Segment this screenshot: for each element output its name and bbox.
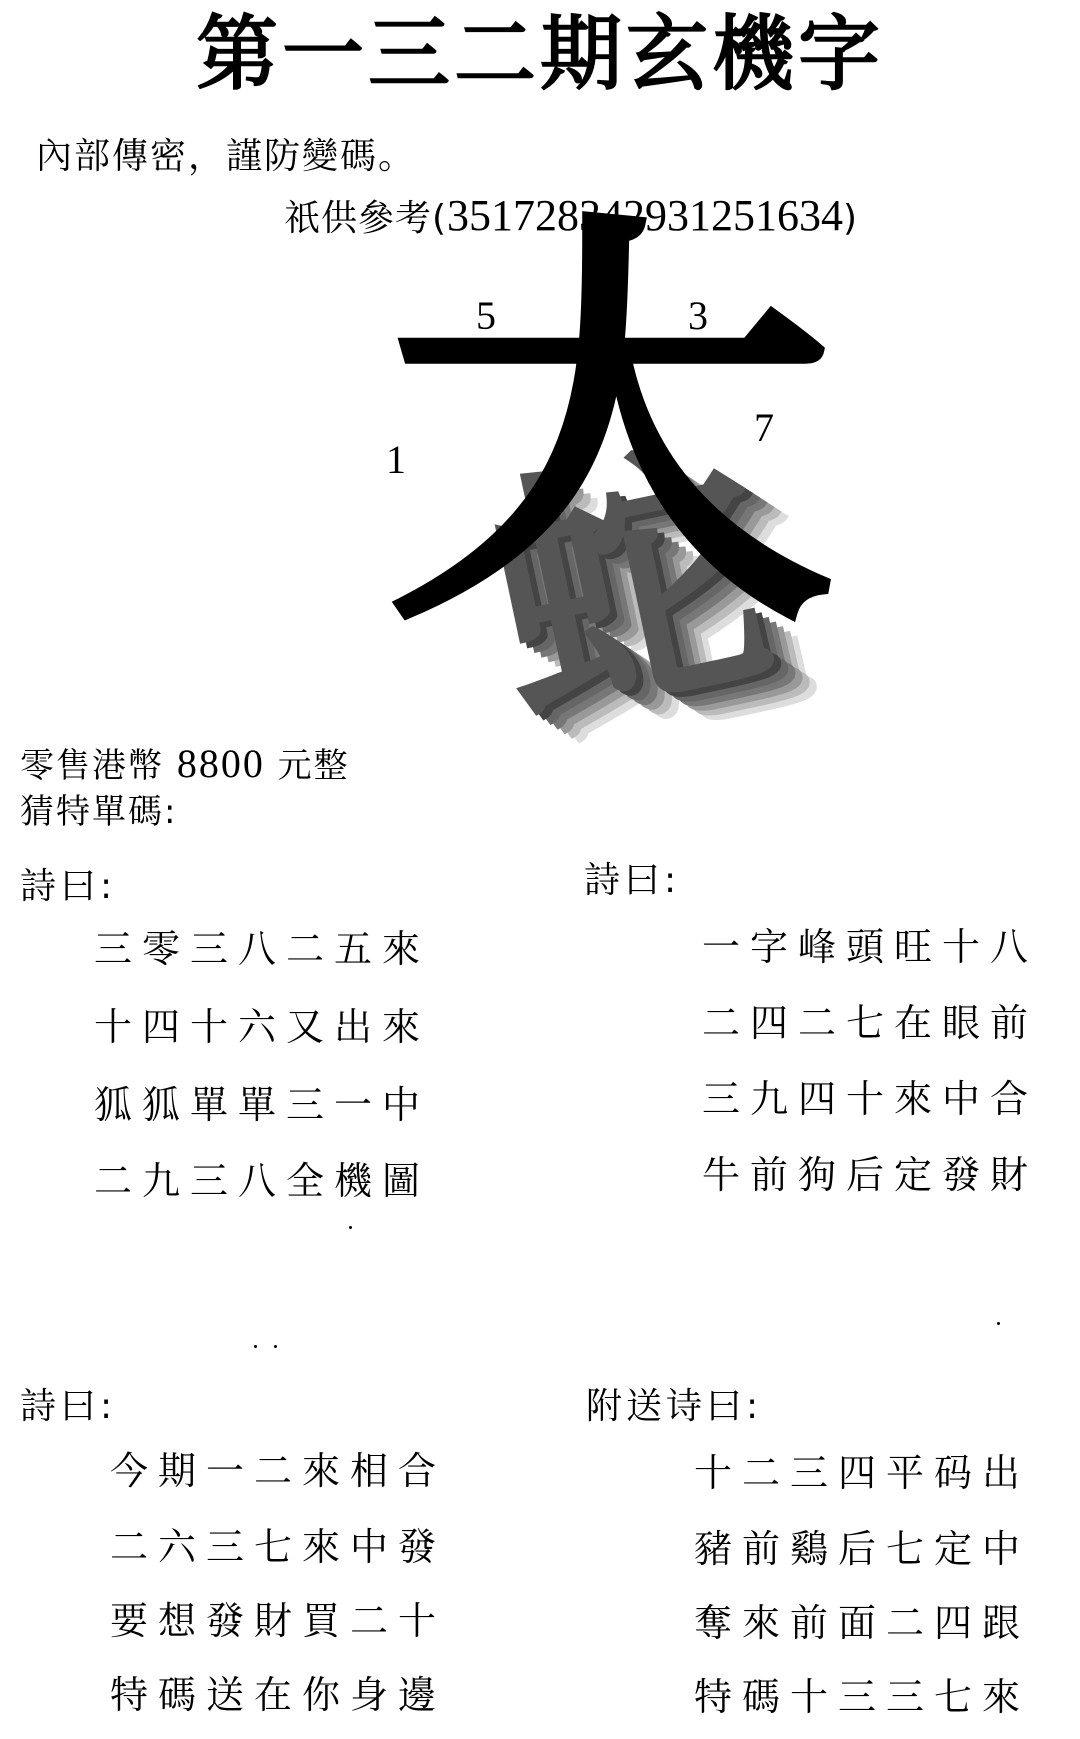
price-line: 零售港幣 8800 元整: [20, 738, 350, 787]
poem-4-line-1: 十二三四平码出: [694, 1454, 1030, 1492]
scan-speck: [349, 1226, 352, 1229]
graphic-number-top-left: 5: [476, 292, 496, 339]
poem-3-line-2: 二六三七來中發: [110, 1528, 446, 1566]
graphic-number-left: 1: [386, 436, 406, 483]
price-amount: 8800: [177, 741, 265, 786]
price-prefix: 零售港幣: [20, 746, 177, 786]
confidential-notice: 內部傳密，謹防變碼。: [36, 128, 416, 179]
poem-1-line-3: 狐狐單單三一中: [94, 1086, 430, 1124]
scan-speck: [254, 1345, 257, 1348]
poem-3-heading: 詩曰:: [20, 1378, 116, 1429]
poem-3-line-3: 要想發財買二十: [110, 1602, 446, 1640]
big-character-graphic: 大: [295, 215, 925, 645]
poem-1-line-1: 三零三八二五來: [94, 930, 430, 968]
poem-2-heading: 詩曰:: [584, 852, 680, 903]
poem-4-line-2: 豬前鷄后七定中: [694, 1530, 1030, 1568]
poem-2-line-4: 牛前狗后定發財: [702, 1156, 1038, 1194]
poem-1-line-4: 二九三八全機圖: [94, 1162, 430, 1200]
poem-1-line-2: 十四十六又出來: [94, 1008, 430, 1046]
poem-3-line-4: 特碼送在你身邊: [110, 1676, 446, 1714]
scan-speck: [997, 1322, 1000, 1325]
poem-2-line-3: 三九四十來中合: [702, 1080, 1038, 1118]
poem-4-line-3: 奪來前面二四跟: [694, 1604, 1030, 1642]
poem-2-line-1: 一字峰頭旺十八: [702, 928, 1038, 966]
scan-speck: [274, 1345, 277, 1348]
guess-label: 猜特單碼:: [20, 784, 177, 833]
page-title: 第一三二期玄機字: [0, 0, 1080, 110]
graphic-number-right: 7: [754, 404, 774, 451]
graphic-number-top-right: 3: [688, 292, 708, 339]
poem-1-heading: 詩曰:: [20, 858, 116, 909]
poem-2-line-2: 二四二七在眼前: [702, 1004, 1038, 1042]
poem-4-line-4: 特碼十三三七來: [694, 1678, 1030, 1716]
price-suffix: 元整: [265, 746, 350, 786]
poem-3-line-1: 今期一二來相合: [110, 1452, 446, 1490]
poem-4-heading: 附送诗曰:: [586, 1378, 762, 1429]
